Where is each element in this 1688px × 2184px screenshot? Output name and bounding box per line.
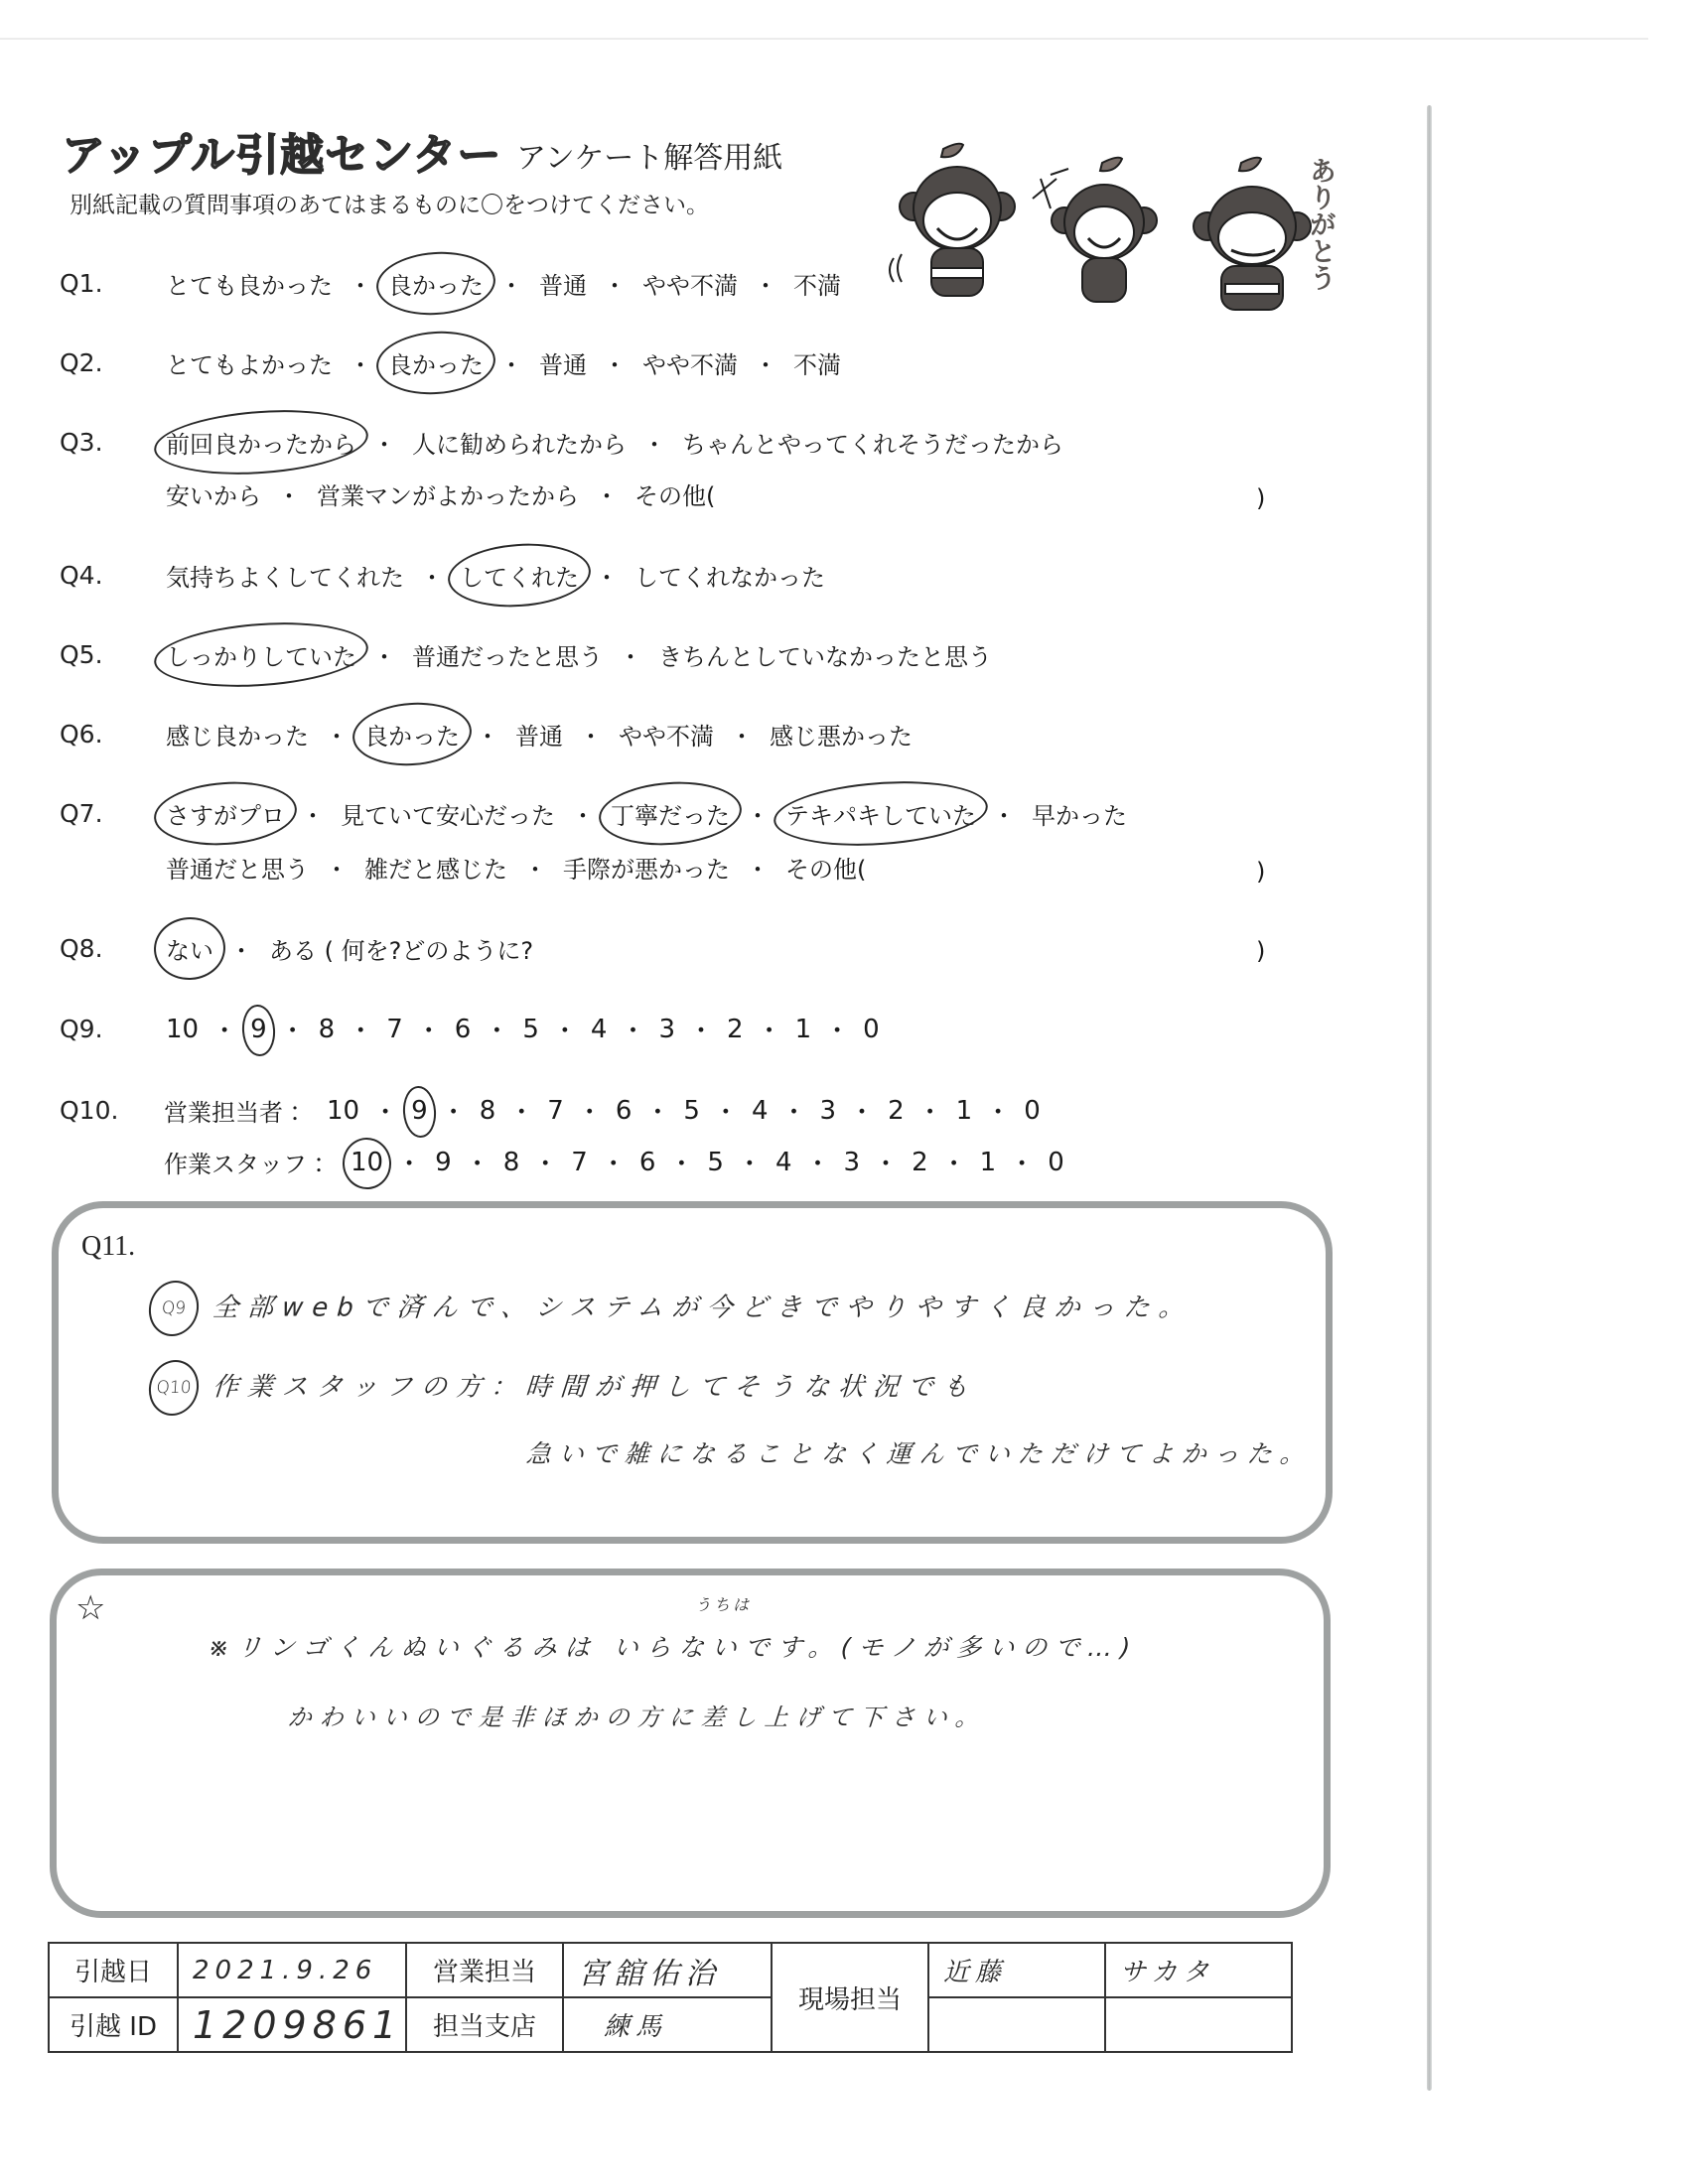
question-number: Q5. — [60, 640, 164, 669]
score-option[interactable]: 7 — [545, 1096, 566, 1126]
move-date-label: 引越日 — [49, 1943, 178, 1997]
score-option[interactable]: 1 — [954, 1096, 975, 1126]
branch-value[interactable]: 練馬 — [563, 1997, 772, 2052]
score-option[interactable]: 3 — [842, 1148, 863, 1177]
option-selected[interactable]: テキパキしていた — [783, 796, 978, 831]
free-comment-line1: ※リンゴくんぬいぐるみは いらないです。(モノが多いので…) — [208, 1628, 1140, 1664]
score-option[interactable]: 2 — [910, 1148, 930, 1177]
option[interactable]: 気持ちよくしてくれた — [164, 558, 406, 593]
brand-title: アップル引越センター — [62, 119, 501, 183]
close-paren: ) — [1256, 937, 1265, 965]
score-option-selected[interactable]: 9 — [248, 1015, 269, 1044]
free-comment-line2: かわいいので是非ほかの方に差し上げて下さい。 — [287, 1698, 988, 1732]
question-q10-staff: 作業スタッフ ： 10・ 9・ 8・ 7・ 6・ 5・ 4・ 3・ 2・ 1・ … — [164, 1144, 1066, 1180]
option-selected[interactable]: 前回良かったから — [164, 425, 358, 460]
star-icon: ☆ — [75, 1588, 105, 1628]
score-option[interactable]: 0 — [1046, 1148, 1066, 1177]
option[interactable]: 感じ悪かった — [768, 717, 914, 751]
option-selected[interactable]: ない — [164, 931, 215, 966]
free-comment-box[interactable] — [50, 1569, 1331, 1918]
question-q2: Q2. とてもよかった ・ 良かった ・ 普通 ・ やや不満 ・ 不満 — [60, 345, 843, 380]
option[interactable]: 普通だと思う — [164, 850, 311, 885]
score-option[interactable]: 1 — [978, 1148, 999, 1177]
thank-you-caption: ありがとう — [1299, 157, 1335, 291]
q11-answer-q10-continued: 急いで雑になることなく運んでいただけてよかった。 — [525, 1434, 1315, 1470]
option[interactable]: とても良かった — [164, 266, 335, 301]
q11-answer-q9: Q9全部webで済んで、システムが今どきでやりやすく良かった。 — [147, 1281, 1196, 1336]
document-subtitle: アンケート解答用紙 — [516, 133, 782, 177]
option-selected[interactable]: してくれた — [458, 558, 581, 593]
score-option[interactable]: 6 — [637, 1148, 658, 1177]
option[interactable]: 人に勧められたから — [410, 425, 629, 460]
score-option[interactable]: 8 — [501, 1148, 522, 1177]
score-option[interactable]: 0 — [1022, 1096, 1043, 1126]
question-number: Q9. — [60, 1015, 164, 1043]
score-option[interactable]: 6 — [453, 1015, 474, 1044]
option[interactable]: 普通だったと思う — [410, 637, 605, 672]
score-option[interactable]: 2 — [886, 1096, 907, 1126]
site-rep-label: 現場担当 — [772, 1943, 928, 2052]
mascot-standing — [1194, 158, 1311, 310]
sales-rep-value[interactable]: 宮舘佑治 — [563, 1943, 772, 1997]
move-id-value[interactable]: 1209861 — [178, 1997, 406, 2052]
score-option[interactable]: 7 — [384, 1015, 405, 1044]
sales-rep-label: 営業担当者 — [164, 1093, 283, 1128]
option[interactable]: ある ( 何を?どのように? — [267, 931, 535, 966]
option[interactable]: 普通 — [537, 345, 589, 380]
close-paren: ) — [1256, 484, 1265, 512]
score-option[interactable]: 3 — [656, 1015, 677, 1044]
option[interactable]: ちゃんとやってくれそうだったから — [680, 425, 1065, 460]
question-number: Q2. — [60, 348, 164, 377]
site-rep-1[interactable]: 近藤 — [928, 1943, 1105, 1997]
question-q8: Q8. ない ・ ある ( 何を?どのように? — [60, 931, 535, 966]
question-q6: Q6. 感じ良かった ・ 良かった ・ 普通 ・ やや不満 ・ 感じ悪かった — [60, 717, 914, 751]
site-rep-3[interactable] — [928, 1997, 1105, 2052]
ruby-annotation: うちは — [695, 1592, 752, 1615]
option[interactable]: 普通 — [513, 717, 565, 751]
score-option[interactable]: 10 — [164, 1015, 201, 1044]
option[interactable]: きちんとしていなかったと思う — [656, 637, 994, 672]
mascot-smiling — [1033, 158, 1157, 302]
question-q1: Q1. とても良かった ・ 良かった ・ 普通 ・ やや不満 ・ 不満 — [60, 266, 843, 301]
option[interactable]: 普通 — [537, 266, 589, 301]
question-number: Q3. — [60, 428, 164, 457]
move-id-label: 引越 ID — [49, 1997, 178, 2052]
score-option[interactable]: 7 — [569, 1148, 590, 1177]
instruction-text: 別紙記載の質問事項のあてはまるものに〇をつけてください。 — [70, 187, 709, 219]
option[interactable]: やや不満 — [640, 266, 740, 301]
option-selected[interactable]: しっかりしていた — [164, 637, 358, 672]
score-option[interactable]: 8 — [478, 1096, 498, 1126]
option[interactable]: 雑だと感じた — [362, 850, 509, 885]
question-number: Q1. — [60, 269, 164, 298]
scan-edge-right — [1427, 105, 1432, 2091]
option[interactable]: やや不満 — [640, 345, 740, 380]
mascot-winking — [890, 144, 1015, 296]
option[interactable]: 手際が悪かった — [561, 850, 732, 885]
option[interactable]: 早かった — [1030, 796, 1129, 831]
question-q7: Q7. さすがプロ ・ 見ていて安心だった ・ 丁寧だった ・ テキパキしていた… — [60, 796, 1129, 831]
option[interactable]: とてもよかった — [164, 345, 335, 380]
score-option-selected[interactable]: 10 — [349, 1148, 385, 1177]
site-rep-2[interactable]: サカタ — [1105, 1943, 1292, 1997]
score-option[interactable]: 8 — [317, 1015, 338, 1044]
score-option[interactable]: 5 — [520, 1015, 541, 1044]
score-option[interactable]: 0 — [861, 1015, 882, 1044]
score-option[interactable]: 1 — [793, 1015, 814, 1044]
option-selected[interactable]: 丁寧だった — [609, 796, 732, 831]
move-info-table: 引越日 2021.9.26 営業担当 宮舘佑治 現場担当 近藤 サカタ 引越 I… — [48, 1942, 1293, 2053]
question-number: Q8. — [60, 934, 164, 963]
option-selected[interactable]: 良かった — [386, 266, 486, 301]
question-q3: Q3. 前回良かったから ・ 人に勧められたから ・ ちゃんとやってくれそうだっ… — [60, 425, 1065, 460]
option[interactable]: 不満 — [791, 266, 843, 301]
option[interactable]: 不満 — [791, 345, 843, 380]
question-number: Q7. — [60, 799, 164, 828]
branch-label: 担当支店 — [406, 1997, 563, 2052]
question-number: Q10. — [60, 1096, 164, 1125]
scan-edge-top — [0, 38, 1648, 40]
site-rep-4[interactable] — [1105, 1997, 1292, 2052]
question-q3-line2: 安いから ・ 営業マンがよかったから ・ その他( — [164, 477, 717, 511]
option[interactable]: 営業マンがよかったから — [315, 477, 581, 511]
sales-rep-label: 営業担当 — [406, 1943, 563, 1997]
mascot-illustration — [874, 139, 1331, 318]
q11-answer-q10: Q10作業スタッフの方：時間が押してそうな状況でも — [147, 1360, 979, 1416]
score-option[interactable]: 2 — [725, 1015, 746, 1044]
score-option[interactable]: 5 — [705, 1148, 726, 1177]
option[interactable]: やや不満 — [617, 717, 716, 751]
question-number: Q6. — [60, 720, 164, 749]
score-option[interactable]: 5 — [681, 1096, 702, 1126]
score-option[interactable]: 4 — [589, 1015, 610, 1044]
option[interactable]: 感じ良かった — [164, 717, 311, 751]
q10-tag-circle: Q10 — [147, 1360, 201, 1416]
score-option[interactable]: 4 — [774, 1148, 794, 1177]
option-selected[interactable]: 良かった — [386, 345, 486, 380]
score-option-selected[interactable]: 9 — [409, 1096, 430, 1126]
score-option[interactable]: 10 — [325, 1096, 361, 1126]
question-q10-sales: Q10. 営業担当者 ： 10・ 9・ 8・ 7・ 6・ 5・ 4・ 3・ 2・… — [60, 1092, 1043, 1129]
question-q7-line2: 普通だと思う ・ 雑だと感じた ・ 手際が悪かった ・ その他( — [164, 850, 868, 885]
q9-tag-circle: Q9 — [147, 1281, 201, 1336]
staff-label: 作業スタッフ — [164, 1145, 307, 1179]
option-selected[interactable]: さすがプロ — [164, 796, 287, 831]
option-selected[interactable]: 良かった — [362, 717, 462, 751]
question-q4: Q4. 気持ちよくしてくれた ・ してくれた ・ してくれなかった — [60, 558, 827, 593]
q11-label: Q11. — [81, 1231, 135, 1263]
question-q5: Q5. しっかりしていた ・ 普通だったと思う ・ きちんとしていなかったと思う — [60, 637, 994, 672]
score-option[interactable]: 6 — [614, 1096, 634, 1126]
option-other[interactable]: その他( — [783, 850, 868, 885]
score-option[interactable]: 9 — [433, 1148, 454, 1177]
option[interactable]: してくれなかった — [633, 558, 827, 593]
question-number: Q4. — [60, 561, 164, 590]
move-date-value[interactable]: 2021.9.26 — [178, 1943, 406, 1997]
option[interactable]: 見ていて安心だった — [339, 796, 557, 831]
score-option[interactable]: 4 — [750, 1096, 771, 1126]
close-paren: ) — [1256, 858, 1265, 886]
option[interactable]: 安いから — [164, 477, 263, 511]
question-q9: Q9. 10・ 9・ 8・ 7・ 6・ 5・ 4・ 3・ 2・ 1・ 0 — [60, 1011, 882, 1047]
score-option[interactable]: 3 — [818, 1096, 839, 1126]
option-other[interactable]: その他( — [633, 477, 717, 511]
